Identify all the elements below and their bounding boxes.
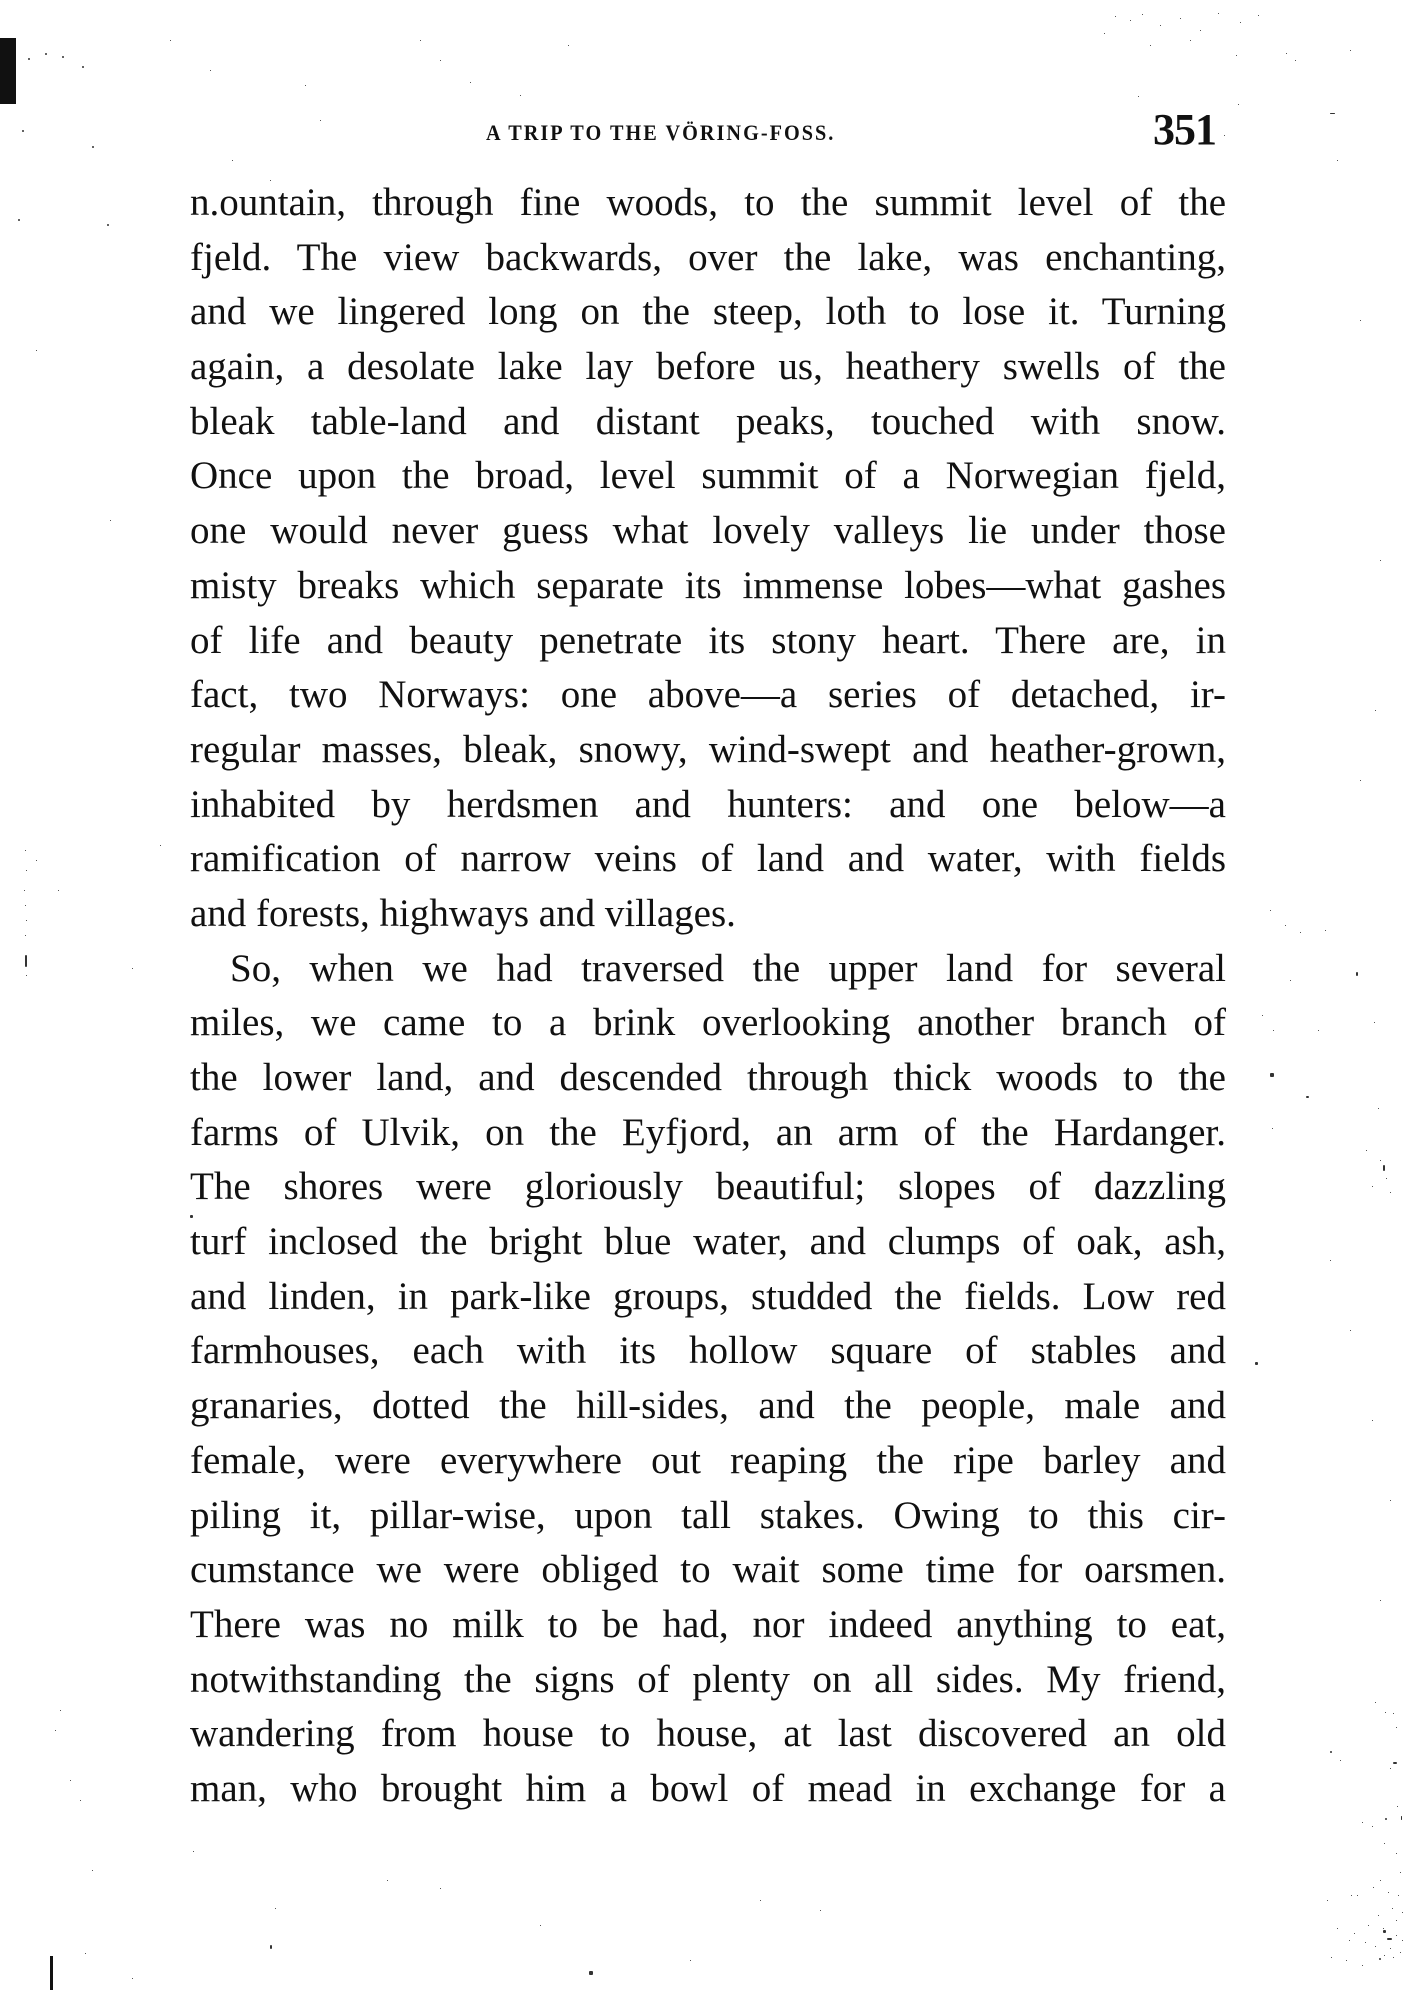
text-line: female, were everywhere out reaping the … (190, 1434, 1226, 1489)
text-line: There was no milk to be had, nor indeed … (190, 1598, 1226, 1653)
text-line: ramification of narrow veins of land and… (190, 832, 1226, 887)
text-line: turf inclosed the bright blue water, and… (190, 1215, 1226, 1270)
text-line: piling it, pillar-wise, upon tall stakes… (190, 1489, 1226, 1544)
text-line: fjeld. The view backwards, over the lake… (190, 231, 1226, 286)
book-page: A TRIP TO THE VÖRING-FOSS. 351 n.ountain… (0, 0, 1413, 1994)
text-line: bleak table-land and distant peaks, touc… (190, 395, 1226, 450)
paragraph-last-line: and forests, highways and villages. (190, 887, 1226, 942)
text-line: The shores were gloriously beautiful; sl… (190, 1160, 1226, 1215)
text-line: regular masses, bleak, snowy, wind-swept… (190, 723, 1226, 778)
text-line: wandering from house to house, at last d… (190, 1707, 1226, 1762)
text-line: notwithstanding the signs of plenty on a… (190, 1653, 1226, 1708)
text-line: and linden, in park-like groups, studded… (190, 1270, 1226, 1325)
running-header-title: A TRIP TO THE VÖRING-FOSS. (486, 118, 900, 148)
body-text: n.ountain, through fine woods, to the su… (190, 176, 1226, 1817)
text-line: granaries, dotted the hill-sides, and th… (190, 1379, 1226, 1434)
text-line: of life and beauty penetrate its stony h… (190, 614, 1226, 669)
page-number: 351 (1153, 108, 1216, 152)
text-line: misty breaks which separate its immense … (190, 559, 1226, 614)
text-line: fact, two Norways: one above—a series of… (190, 668, 1226, 723)
text-line: the lower land, and descended through th… (190, 1051, 1226, 1106)
paragraph-first-line: So, when we had traversed the upper land… (190, 942, 1226, 997)
text-line: miles, we came to a brink overlooking an… (190, 996, 1226, 1051)
text-line: farms of Ulvik, on the Eyfjord, an arm o… (190, 1106, 1226, 1161)
text-line: inhabited by herdsmen and hunters: and o… (190, 778, 1226, 833)
bottom-left-rule-mark (50, 1956, 53, 1990)
text-line: cumstance we were obliged to wait some t… (190, 1543, 1226, 1598)
text-line: one would never guess what lovely valley… (190, 504, 1226, 559)
binding-shadow-mark (0, 38, 16, 104)
text-line: farmhouses, each with its hollow square … (190, 1324, 1226, 1379)
text-line: again, a desolate lake lay before us, he… (190, 340, 1226, 395)
text-line: Once upon the broad, level summit of a N… (190, 449, 1226, 504)
text-line: n.ountain, through fine woods, to the su… (190, 176, 1226, 231)
text-line: and we lingered long on the steep, loth … (190, 285, 1226, 340)
text-line: man, who brought him a bowl of mead in e… (190, 1762, 1226, 1817)
